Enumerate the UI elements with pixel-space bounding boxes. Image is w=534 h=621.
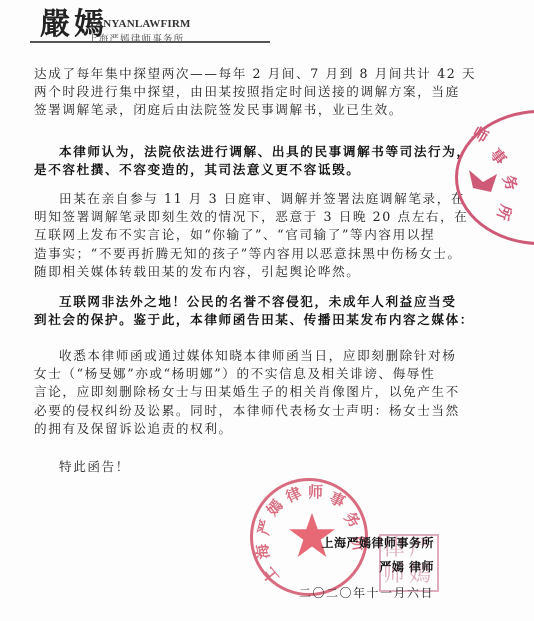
document-page: 嚴嫣 YANYANLAWFIRM 上海严嫣律师事务所 达成了每年集中探望两次——…: [0, 0, 534, 621]
paragraph-demands: 收悉本律师函或通过媒体知晓本律师函当日，应即刻删除针对杨 女士（“杨旻娜”亦或“…: [34, 347, 444, 438]
paragraph-closing: 特此函告！: [34, 458, 444, 476]
text-line: 两个时段进行集中探望，由田某按照指定时间送接的调解方案，当庭: [34, 83, 444, 101]
paragraph-lawyer-opinion: 本律师认为，法院依法进行调解、出具的民事调解书等司法行为， 是不容杜撰、不容变造…: [34, 143, 444, 179]
text-line: 田某在亲自参与 11 月 3 日庭审、调解并签署法庭调解笔录，在: [34, 190, 444, 208]
letterhead-divider: [30, 41, 270, 43]
star-fragment-icon: [469, 170, 497, 192]
paragraph-facts: 田某在亲自参与 11 月 3 日庭审、调解并签署法庭调解笔录，在 明知签署调解笔…: [34, 190, 444, 281]
text-line: 造事实；“不要再折腾无知的孩子”等内容用以恶意抹黑中伤杨女士。: [34, 245, 444, 263]
text-line: 互联网非法外之地！公民的名誉不容侵犯，未成年人利益应当受: [34, 293, 444, 311]
seal-char: 事: [326, 487, 348, 512]
seal-char: 师: [308, 481, 323, 502]
paragraph-notice: 互联网非法外之地！公民的名誉不容侵犯，未成年人利益应当受 到社会的保护。鉴于此，…: [34, 293, 444, 329]
signature-date: 二〇二〇年十一月六日: [299, 584, 434, 601]
text-line: 本律师认为，法院依法进行调解、出具的民事调解书等司法行为，: [34, 143, 444, 161]
text-line: 明知签署调解笔录即刻生效的情况下，恶意于 3 日晚 20 点左右，在: [34, 208, 444, 226]
seal-char: 严: [252, 518, 276, 538]
seal-char: 上: [258, 563, 284, 588]
text-line: 女士（“杨旻娜”亦或“杨明娜”）的不实信息及相关诽谤、侮辱性: [34, 365, 444, 383]
text-line: 互联网上发布不实言论，如“你输了”、“官司输了”等内容用以捏: [34, 226, 444, 244]
text-line: 到社会的保护。鉴于此，本律师函告田某、传播田某发布内容之媒体：: [34, 311, 444, 329]
signature-lawyer: 严嫣 律师: [379, 558, 434, 575]
text-line: 收悉本律师函或通过媒体知晓本律师函当日，应即刻删除针对杨: [34, 347, 444, 365]
seal-char: 务: [340, 507, 366, 532]
text-line: 必要的侵权纠纷及讼累。同时，本律师代表杨女士声明：杨女士当然: [34, 402, 444, 420]
text-line: 言论，应即刻删除杨女士与田某婚生子的相关肖像图片，以免产生不: [34, 383, 444, 401]
firm-english-name: YANYANLAWFIRM: [88, 18, 191, 30]
text-line: 达成了每年集中探望两次——每年 2 月间、7 月到 8 月间共计 42 天: [34, 65, 444, 83]
seal-char: 律: [282, 482, 304, 507]
text-line: 的拥有及保留诉讼追责的权利。: [34, 420, 444, 438]
text-line: 随即相关媒体转载田某的发布内容，引起舆论哗然。: [34, 263, 444, 281]
signature-firm: 上海严嫣律师事务所: [321, 534, 434, 551]
seal-char: 海: [251, 542, 274, 560]
paragraph-mediation-result: 达成了每年集中探望两次——每年 2 月间、7 月到 8 月间共计 42 天 两个…: [34, 65, 444, 120]
partial-seal: 师 事 务 所: [455, 110, 534, 245]
text-line: 是不容杜撰、不容变造的，其司法意义更不容诋毁。: [34, 161, 444, 179]
seal-char: 嫣: [262, 495, 288, 520]
text-line: 签署调解笔录，闭庭后由法院签发民事调解书，业已生效。: [34, 101, 444, 119]
text-line: 特此函告！: [34, 458, 444, 476]
